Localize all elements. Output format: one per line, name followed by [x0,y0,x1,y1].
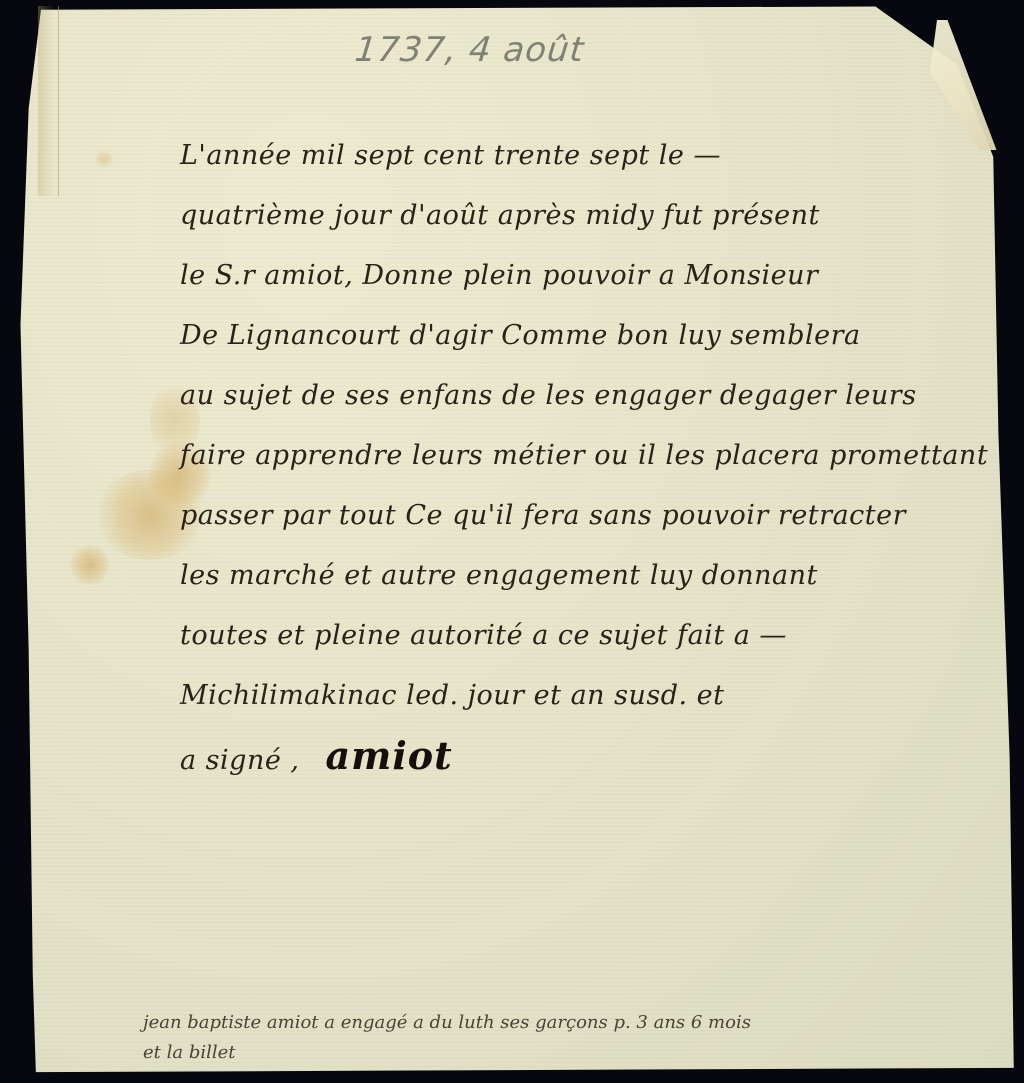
signature: amiot [326,726,453,786]
document-scan: 1737, 4 août L'année mil sept cent trent… [0,0,1024,1083]
paper-edge-fold [38,6,59,196]
manuscript-line: le S.r amiot, Donne plein pouvoir a Mons… [180,246,980,306]
signed-label: a signé , [180,731,300,791]
archival-date-annotation: 1737, 4 août [353,30,586,70]
manuscript-line: passer par tout Ce qu'il fera sans pouvo… [180,486,980,546]
endorsement-line: jean baptiste amiot a engagé a du luth s… [143,1008,993,1038]
manuscript-line: De Lignancourt d'agir Comme bon luy semb… [180,306,980,366]
endorsement-line: et la billet [143,1038,993,1068]
water-stain [70,545,110,585]
water-stain [95,150,113,168]
manuscript-line: toutes et pleine autorité a ce sujet fai… [180,606,980,666]
endorsement-note: jean baptiste amiot a engagé a du luth s… [143,1008,993,1068]
manuscript-line: faire apprendre leurs métier ou il les p… [180,426,980,486]
manuscript-line: Michilimakinac led. jour et an susd. et [180,666,980,726]
manuscript-line: au sujet de ses enfans de les engager de… [180,366,980,426]
signature-line: a signé , amiot [180,726,980,786]
manuscript-line: les marché et autre engagement luy donna… [180,546,980,606]
manuscript-line: quatrième jour d'août après midy fut pré… [180,186,980,246]
manuscript-line: L'année mil sept cent trente sept le — [180,126,980,186]
manuscript-body: L'année mil sept cent trente sept le — q… [180,126,980,786]
